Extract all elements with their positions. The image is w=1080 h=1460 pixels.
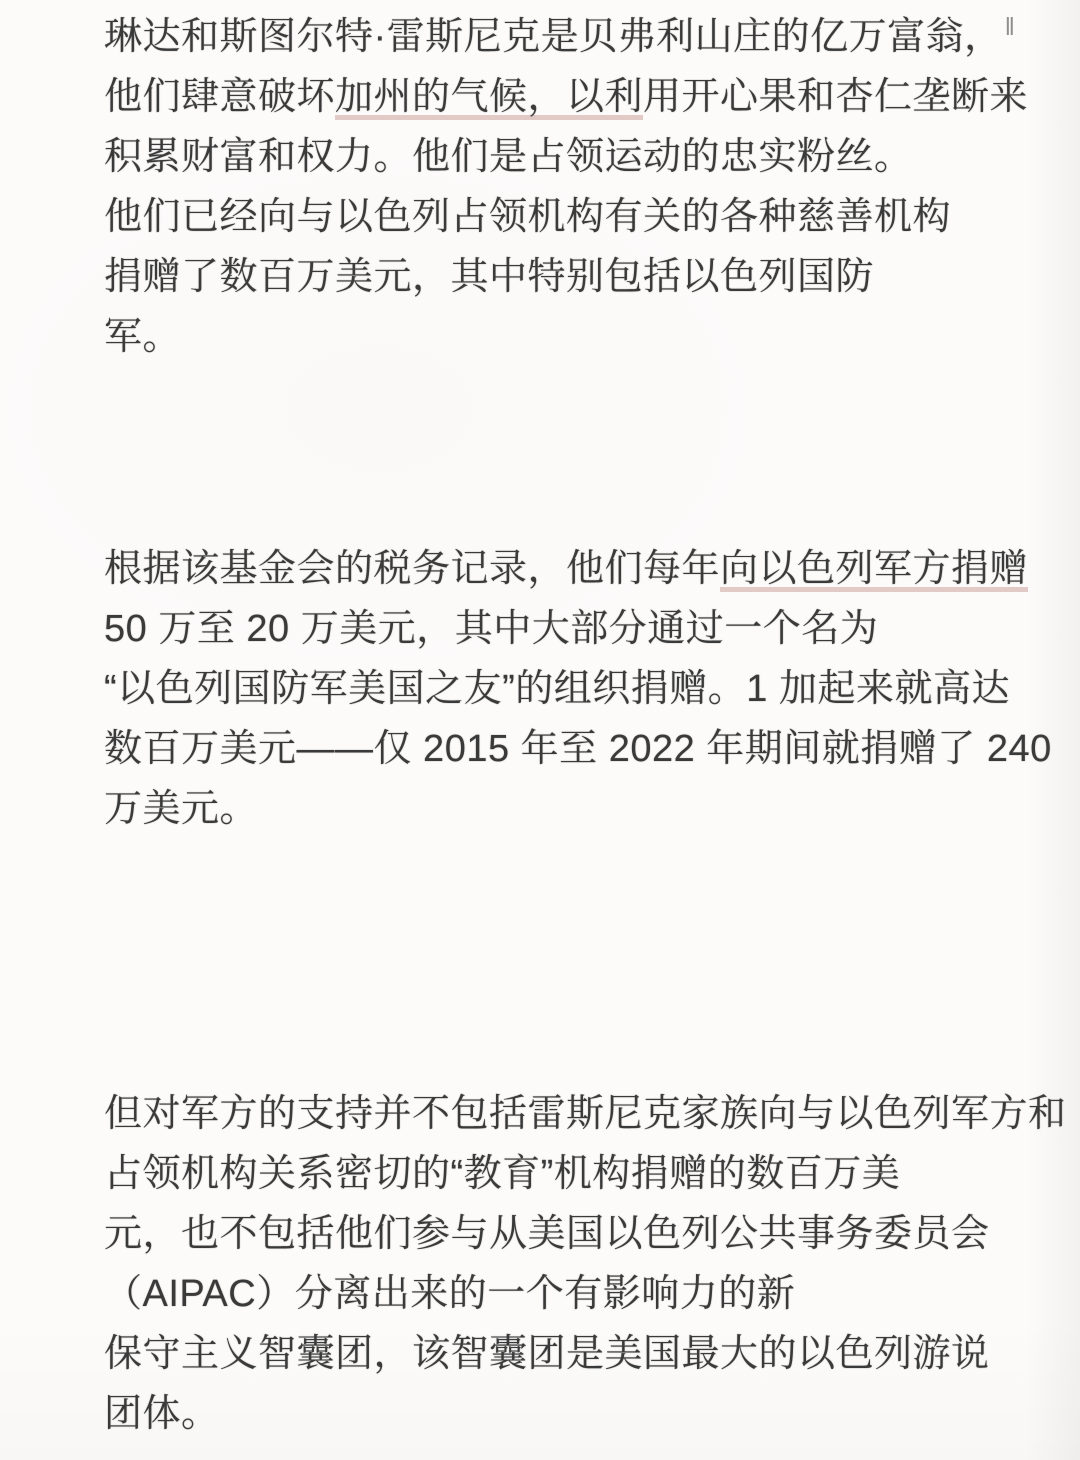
text-line: 数百万美元——仅 2015 年至 2022 年期间就捐赠了 240 (104, 720, 1040, 780)
text-line: 占领机构关系密切的“教育”机构捐赠的数百万美 (104, 1145, 1040, 1205)
text-line: “以色列国防军美国之友”的组织捐赠。1 加起来就高达 (104, 660, 1040, 720)
text-line: 万美元。 (104, 780, 1040, 840)
text-line: 他们已经向与以色列占领机构有关的各种慈善机构 (104, 188, 1040, 248)
document-page: 琳达和斯图尔特·雷斯尼克是贝弗利山庄的亿万富翁，‖他们肆意破坏加州的气候，以利用… (0, 0, 1080, 1460)
annotation-underlined-text: 加州的气候，以利 (335, 76, 643, 120)
text-segment: 他们肆意破坏 (104, 76, 335, 118)
text-segment: “以色列国防军美国之友”的组织捐赠。1 加起来就高达 (104, 668, 1010, 710)
text-segment: 元，也不包括他们参与从美国以色列公共事务委员会 (104, 1213, 990, 1255)
text-segment: 积累财富和权力。他们是占领运动的忠实粉丝。 (104, 136, 913, 178)
text-segment: 50 万至 20 万美元，其中大部分通过一个名为 (104, 608, 878, 650)
text-line: 他们肆意破坏加州的气候，以利用开心果和杏仁垄断来 (104, 68, 1040, 128)
text-segment: 占领机构关系密切的“教育”机构捐赠的数百万美 (104, 1153, 900, 1195)
text-line: 根据该基金会的税务记录，他们每年向以色列军方捐赠 (104, 540, 1040, 600)
paragraph-3: 但对军方的支持并不包括雷斯尼克家族向与以色列军方和占领机构关系密切的“教育”机构… (104, 1085, 1040, 1445)
text-line: 保守主义智囊团，该智囊团是美国最大的以色列游说 (104, 1325, 1040, 1385)
text-line: （AIPAC）分离出来的一个有影响力的新 (104, 1265, 1040, 1325)
text-line: 捐赠了数百万美元，其中特别包括以色列国防 (104, 248, 1040, 308)
text-segment: 保守主义智囊团，该智囊团是美国最大的以色列游说 (104, 1333, 990, 1375)
text-segment: 用开心果和杏仁垄断来 (643, 76, 1028, 118)
text-line: 但对军方的支持并不包括雷斯尼克家族向与以色列军方和 (104, 1085, 1040, 1145)
paragraph-2: 根据该基金会的税务记录，他们每年向以色列军方捐赠50 万至 20 万美元，其中大… (104, 540, 1040, 840)
text-line: 军。 (104, 308, 1040, 368)
article-text: 琳达和斯图尔特·雷斯尼克是贝弗利山庄的亿万富翁，‖他们肆意破坏加州的气候，以利用… (104, 0, 1040, 1445)
text-line: 元，也不包括他们参与从美国以色列公共事务委员会 (104, 1205, 1040, 1265)
text-segment: 万美元。 (104, 788, 258, 830)
text-segment: 团体。 (104, 1393, 220, 1435)
text-segment: 军。 (104, 316, 181, 358)
text-segment: 根据该基金会的税务记录，他们每年 (104, 548, 720, 590)
text-segment: 数百万美元——仅 2015 年至 2022 年期间就捐赠了 240 (104, 728, 1052, 770)
cursor-mark: ‖ (1005, 0, 1013, 56)
text-line: 50 万至 20 万美元，其中大部分通过一个名为 (104, 600, 1040, 660)
text-line: 积累财富和权力。他们是占领运动的忠实粉丝。 (104, 128, 1040, 188)
text-segment: （AIPAC）分离出来的一个有影响力的新 (104, 1273, 795, 1315)
text-segment: 琳达和斯图尔特·雷斯尼克是贝弗利山庄的亿万富翁， (104, 16, 1003, 58)
text-segment: 捐赠了数百万美元，其中特别包括以色列国防 (104, 256, 874, 298)
text-segment: 他们已经向与以色列占领机构有关的各种慈善机构 (104, 196, 951, 238)
paragraph-1: 琳达和斯图尔特·雷斯尼克是贝弗利山庄的亿万富翁，‖他们肆意破坏加州的气候，以利用… (104, 8, 1040, 368)
text-segment: 但对军方的支持并不包括雷斯尼克家族向与以色列军方和 (104, 1093, 1067, 1135)
annotation-underlined-text: 向以色列军方捐赠 (720, 548, 1028, 592)
text-line: 团体。 (104, 1385, 1040, 1445)
text-line: 琳达和斯图尔特·雷斯尼克是贝弗利山庄的亿万富翁，‖ (104, 8, 1040, 68)
